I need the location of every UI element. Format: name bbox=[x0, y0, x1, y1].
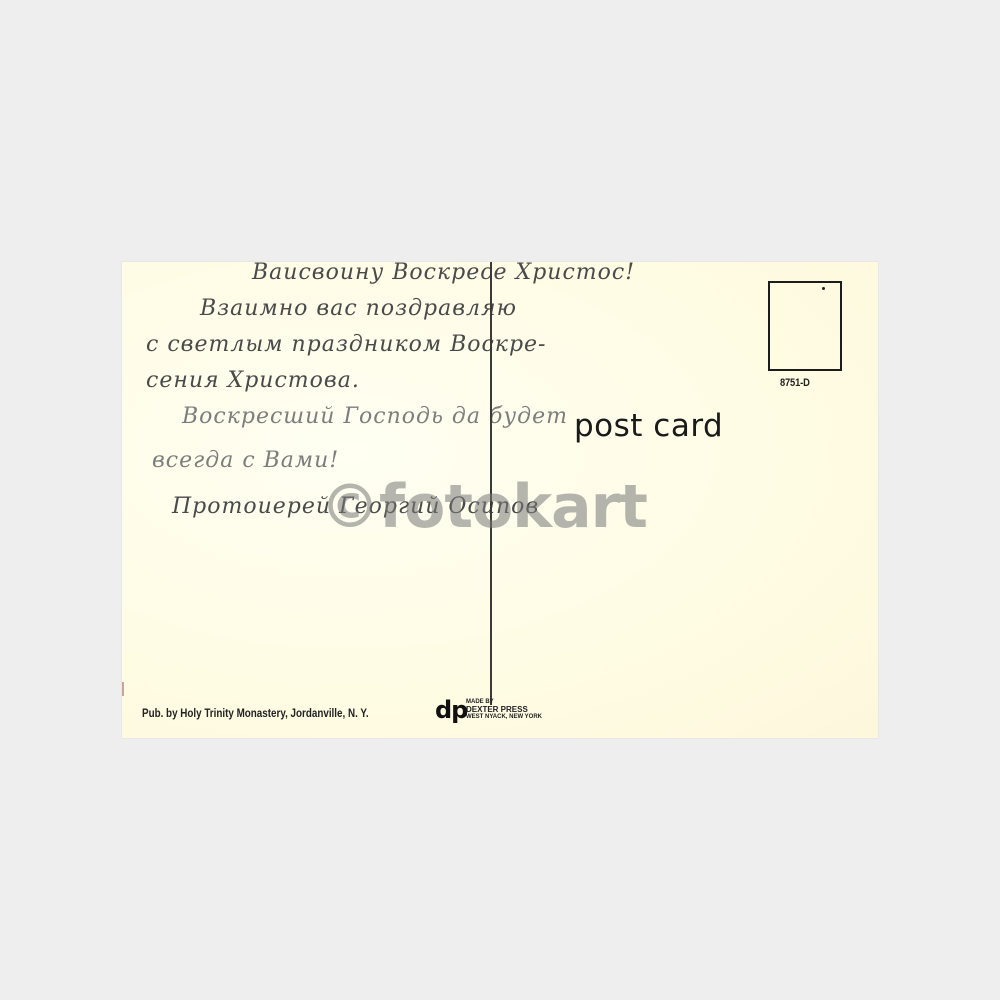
edge-stain bbox=[122, 682, 124, 696]
handwriting-line-3: с светлым праздником Воскре- bbox=[146, 332, 546, 357]
stamp-box bbox=[768, 281, 842, 371]
watermark: ©fotokart bbox=[320, 472, 647, 542]
handwriting-line-4: сения Христова. bbox=[146, 368, 360, 393]
stamp-dot bbox=[822, 287, 825, 290]
printer-credit: MADE BY DEXTER PRESS WEST NYACK, NEW YOR… bbox=[466, 699, 542, 721]
postcard: Ваисвоину Воскресе Христос! Взаимно вас … bbox=[122, 262, 878, 738]
printer-line-3: WEST NYACK, NEW YORK bbox=[466, 714, 542, 721]
postcard-title: post card bbox=[574, 408, 723, 444]
dexter-press-logo: dp bbox=[435, 696, 467, 724]
card-code: 8751-D bbox=[780, 377, 810, 389]
printer-line-2: DEXTER PRESS bbox=[466, 706, 542, 714]
handwriting-line-1: Ваисвоину Воскресе Христос! bbox=[252, 260, 635, 285]
handwriting-line-5: Воскресший Господь да будет bbox=[182, 404, 568, 429]
handwriting-line-2: Взаимно вас поздравляю bbox=[200, 296, 517, 321]
handwriting-line-6: всегда с Вами! bbox=[152, 448, 339, 473]
publisher-text: Pub. by Holy Trinity Monastery, Jordanvi… bbox=[142, 706, 369, 720]
